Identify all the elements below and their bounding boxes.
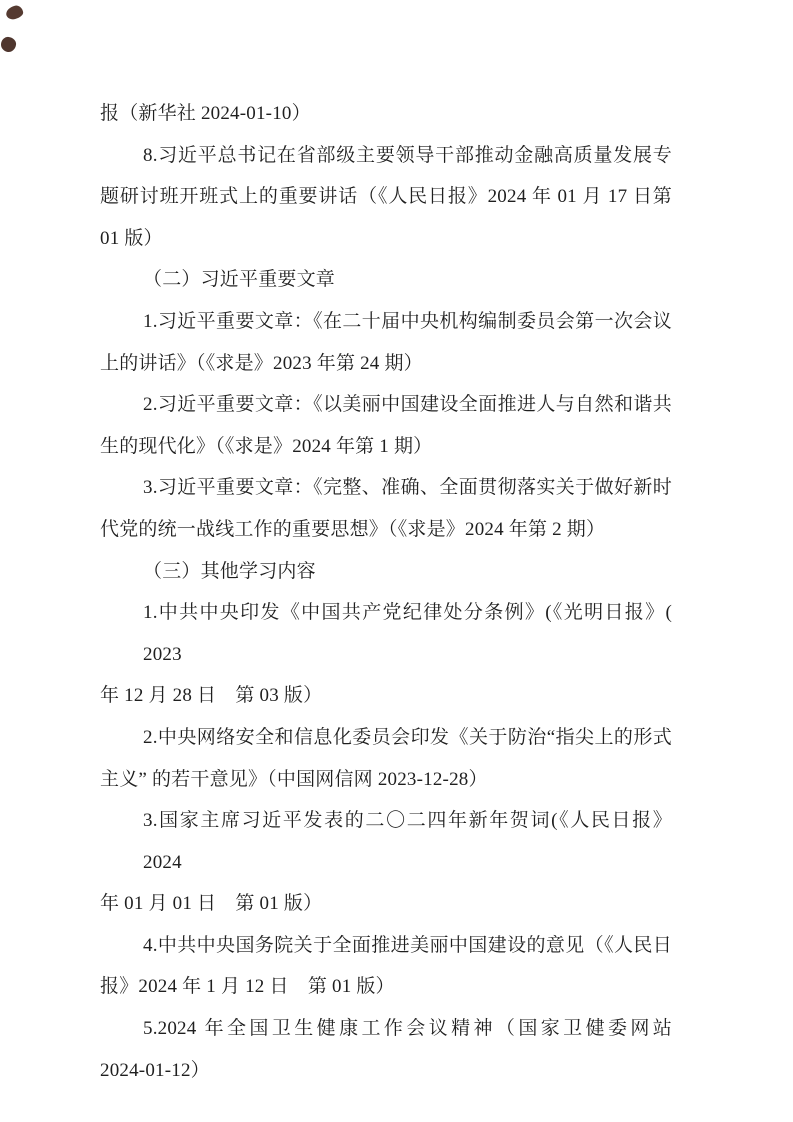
text-line: 8.习近平总书记在省部级主要领导干部推动金融高质量发展专 (100, 135, 672, 177)
text-line: 2.中央网络安全和信息化委员会印发《关于防治“指尖上的形式 (100, 717, 672, 759)
text-line: 代党的统一战线工作的重要思想》（《求是》2024 年第 2 期） (100, 509, 672, 551)
text-line: 题研讨班开班式上的重要讲话（《人民日报》2024 年 01 月 17 日第 (100, 176, 672, 218)
text-line: 5.2024 年全国卫生健康工作会议精神（国家卫健委网站 (100, 1008, 672, 1050)
stain-mark-lower (0, 36, 17, 53)
text-line: 4.中共中央国务院关于全面推进美丽中国建设的意见（《人民日 (100, 925, 672, 967)
text-line: 1.中共中央印发《中国共产党纪律处分条例》(《光明日报》( 2023 (100, 592, 672, 675)
text-line: （二）习近平重要文章 (100, 259, 672, 301)
text-line: 主义” 的若干意见》（中国网信网 2023-12-28） (100, 759, 672, 801)
text-line: 报》2024 年 1 月 12 日 第 01 版） (100, 966, 672, 1008)
text-line: 报（新华社 2024-01-10） (100, 93, 672, 135)
text-line: 3.国家主席习近平发表的二〇二四年新年贺词(《人民日报》2024 (100, 800, 672, 883)
text-line: 01 版） (100, 218, 672, 260)
text-line: 上的讲话》（《求是》2023 年第 24 期） (100, 343, 672, 385)
text-line: 2.习近平重要文章：《以美丽中国建设全面推进人与自然和谐共 (100, 384, 672, 426)
stain-mark-upper (5, 4, 25, 21)
text-line: 年 12 月 28 日 第 03 版） (100, 675, 672, 717)
document-page: 报（新华社 2024-01-10）8.习近平总书记在省部级主要领导干部推动金融高… (0, 0, 793, 1122)
text-line: 年 01 月 01 日 第 01 版） (100, 883, 672, 925)
text-line: 1.习近平重要文章：《在二十届中央机构编制委员会第一次会议 (100, 301, 672, 343)
text-line: 2024-01-12） (100, 1050, 672, 1092)
document-body: 报（新华社 2024-01-10）8.习近平总书记在省部级主要领导干部推动金融高… (100, 93, 672, 1091)
text-line: 生的现代化》（《求是》2024 年第 1 期） (100, 426, 672, 468)
text-line: （三）其他学习内容 (100, 551, 672, 593)
text-line: 3.习近平重要文章：《完整、准确、全面贯彻落实关于做好新时 (100, 467, 672, 509)
